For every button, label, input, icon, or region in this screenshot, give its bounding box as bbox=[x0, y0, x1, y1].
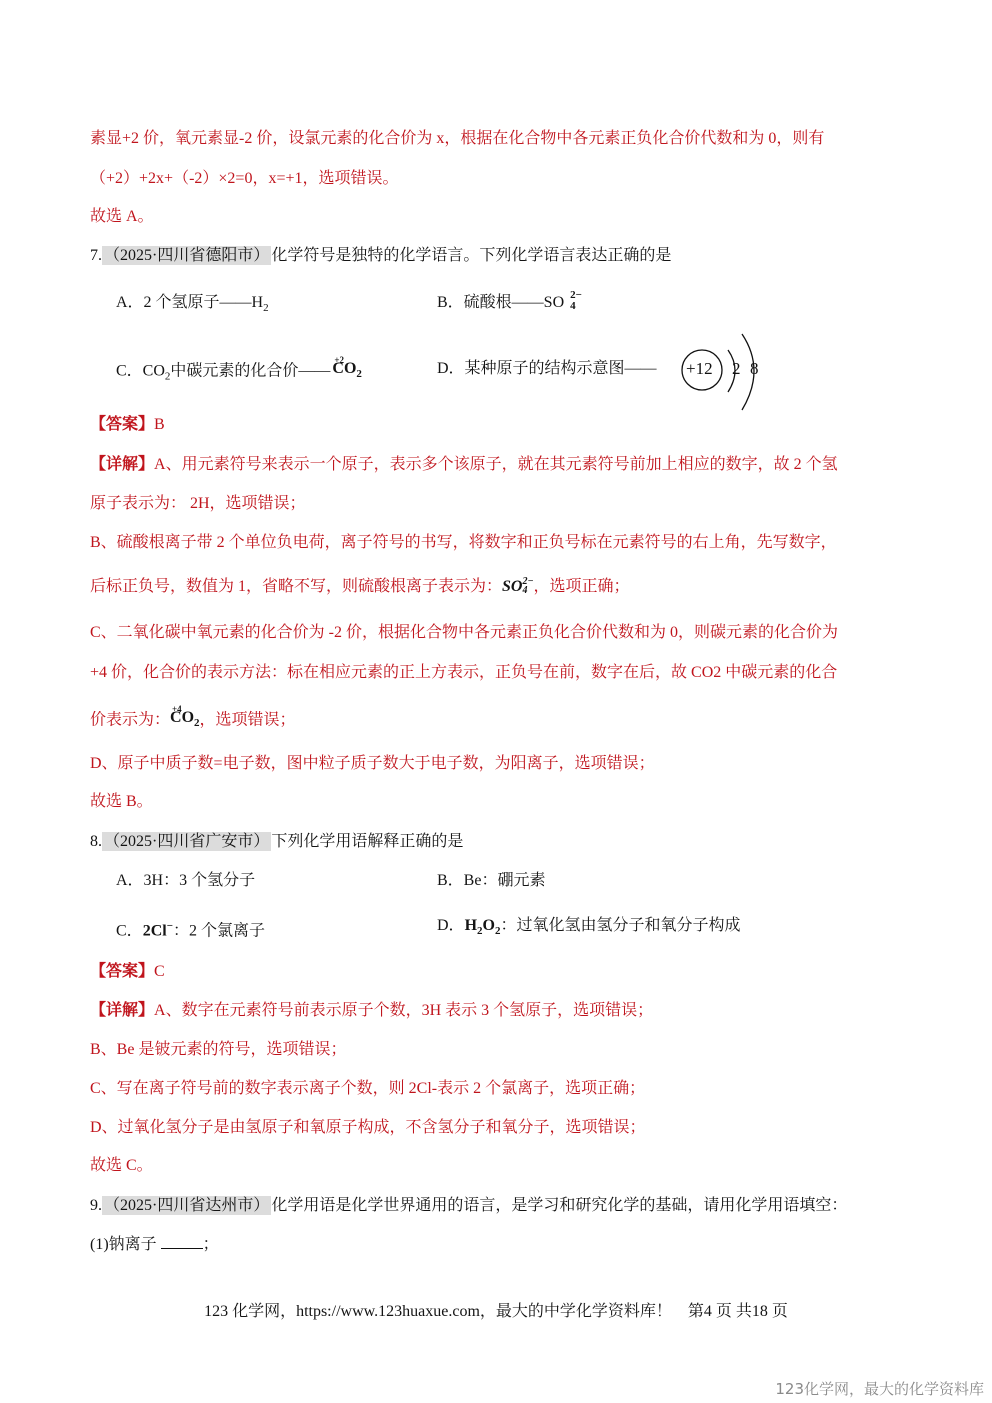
answer-tag: 【答案】 bbox=[90, 416, 154, 433]
question-text: 化学用语是化学世界通用的语言，是学习和研究化学的基础，请用化学用语填空： bbox=[271, 1197, 847, 1214]
shell-1-electrons: 2 bbox=[732, 359, 741, 379]
question-source-tag: （2025·四川省达州市） bbox=[102, 1196, 271, 1215]
question-text: 下列化学用语解释正确的是 bbox=[271, 833, 463, 850]
question-number: 9. bbox=[90, 1197, 102, 1214]
answer-line: 【答案】B bbox=[90, 414, 165, 436]
option-a: A．2 个氢原子——H2 bbox=[116, 292, 269, 319]
shell-2-electrons: 8 bbox=[750, 359, 759, 379]
question-number: 7. bbox=[90, 247, 102, 264]
question-7-stem: 7.（2025·四川省德阳市）化学符号是独特的化学语言。下列化学语言表达正确的是 bbox=[90, 245, 671, 267]
detail-text: 价表示为： bbox=[90, 711, 170, 728]
detail-line: 【详解】A、用元素符号来表示一个原子，表示多个该原子，就在其元素符号前加上相应的… bbox=[90, 454, 838, 476]
option-c: C．2Cl−：2 个氯离子 bbox=[116, 915, 265, 942]
valence-formula: +2CO2 bbox=[332, 358, 362, 385]
formula: 2Cl bbox=[143, 922, 167, 939]
valence-formula: +4CO2 bbox=[170, 707, 200, 734]
question-8-stem: 8.（2025·四川省广安市）下列化学用语解释正确的是 bbox=[90, 831, 463, 853]
option-a: A．3H：3 个氢分子 bbox=[116, 870, 255, 892]
conclusion-line: 故选 A。 bbox=[90, 206, 154, 228]
detail-line: 【详解】A、数字在元素符号前表示原子个数，3H 表示 3 个氢原子，选项错误； bbox=[90, 1000, 653, 1022]
answer-tag: 【答案】 bbox=[90, 963, 154, 980]
option-label: C． bbox=[116, 922, 143, 939]
option-d: D．H2O2：过氧化氢由氢分子和氧分子构成 bbox=[437, 915, 740, 942]
answer-blank[interactable] bbox=[161, 1234, 203, 1249]
valence-mark: +2 bbox=[334, 349, 344, 371]
option-d: D．某种原子的结构示意图—— bbox=[437, 358, 657, 380]
question-source-tag: （2025·四川省广安市） bbox=[102, 832, 271, 851]
subscript: 2 bbox=[194, 717, 200, 729]
detail-text: ，选项正确； bbox=[534, 578, 630, 595]
subscript: 2 bbox=[356, 368, 362, 380]
option-b: B．Be：硼元素 bbox=[437, 870, 545, 892]
answer-value: B bbox=[154, 416, 165, 433]
option-label: A．2 个氢原子——H bbox=[116, 294, 263, 311]
ion-charge-stack: 2−4 bbox=[522, 577, 533, 595]
atom-structure-diagram: +12 2 8 bbox=[676, 330, 786, 414]
detail-line: 价表示为：+4CO2，选项错误； bbox=[90, 707, 296, 734]
detail-line: B、硫酸根离子带 2 个单位负电荷，离子符号的书写，将数字和正负号标在元素符号的… bbox=[90, 532, 837, 554]
option-label: B．硫酸根——SO bbox=[437, 294, 564, 311]
question-source-tag: （2025·四川省德阳市） bbox=[102, 246, 271, 265]
detail-line: D、原子中质子数=电子数，图中粒子质子数大于电子数，为阳离子，选项错误； bbox=[90, 753, 655, 775]
detail-text: A、数字在元素符号前表示原子个数，3H 表示 3 个氢原子，选项错误； bbox=[154, 1002, 653, 1019]
question-number: 8. bbox=[90, 833, 102, 850]
option-label: D． bbox=[437, 917, 465, 934]
option-text: 中碳元素的化合价—— bbox=[170, 362, 330, 379]
explanation-line: 素显+2 价，氧元素显-2 价，设氯元素的化合价为 x，根据在化合物中各元素正负… bbox=[90, 128, 824, 150]
detail-tag: 【详解】 bbox=[90, 456, 154, 473]
sub-question-label: (1)钠离子 bbox=[90, 1236, 157, 1253]
detail-tag: 【详解】 bbox=[90, 1002, 154, 1019]
sub-question-1: (1)钠离子； bbox=[90, 1234, 219, 1256]
detail-line: 原子表示为： 2H，选项错误； bbox=[90, 493, 306, 515]
subscript: 4 bbox=[522, 586, 533, 595]
option-b: B．硫酸根——SO 2− 4 bbox=[437, 292, 582, 314]
option-text: ：2 个氯离子 bbox=[173, 922, 265, 939]
conclusion-line: 故选 C。 bbox=[90, 1155, 153, 1177]
option-c: C．CO2中碳元素的化合价——+2CO2 bbox=[116, 358, 362, 387]
answer-value: C bbox=[154, 963, 165, 980]
page-footer: 123 化学网，https://www.123huaxue.com，最大的中学化… bbox=[0, 1298, 992, 1321]
conclusion-line: 故选 B。 bbox=[90, 791, 153, 813]
detail-line: B、Be 是铍元素的符号，选项错误； bbox=[90, 1039, 346, 1061]
answer-line: 【答案】C bbox=[90, 961, 165, 983]
subscript: 2 bbox=[263, 302, 269, 314]
option-label: D．某种原子的结构示意图—— bbox=[437, 360, 657, 377]
detail-line: C、写在离子符号前的数字表示离子个数，则 2Cl-表示 2 个氯离子，选项正确； bbox=[90, 1078, 645, 1100]
valence-mark: +4 bbox=[172, 698, 182, 720]
page-number: 第4 页 共18 页 bbox=[688, 1303, 788, 1320]
detail-line: C、二氧化碳中氧元素的化合价为 -2 价，根据化合物中各元素正负化合价代数和为 … bbox=[90, 622, 838, 644]
nucleus-charge: +12 bbox=[686, 359, 713, 379]
watermark: 123化学网，最大的化学资料库 bbox=[775, 1378, 984, 1399]
option-text: ：过氧化氢由氢分子和氧分子构成 bbox=[500, 917, 740, 934]
detail-text: 后标正负号，数值为 1，省略不写，则硫酸根离子表示为： bbox=[90, 578, 502, 595]
option-label: C．CO bbox=[116, 362, 165, 379]
explanation-line: （+2）+2x+（-2）×2=0，x=+1，选项错误。 bbox=[90, 168, 399, 190]
detail-text: ，选项错误； bbox=[200, 711, 296, 728]
question-text: 化学符号是独特的化学语言。下列化学语言表达正确的是 bbox=[271, 247, 671, 264]
detail-line: +4 价，化合价的表示方法：标在相应元素的正上方表示，正负号在前，数字在后，故 … bbox=[90, 662, 837, 684]
detail-text: A、用元素符号来表示一个原子，表示多个该原子，就在其元素符号前加上相应的数字，故… bbox=[154, 456, 838, 473]
question-9-stem: 9.（2025·四川省达州市）化学用语是化学世界通用的语言，是学习和研究化学的基… bbox=[90, 1195, 847, 1217]
subscript: 4 bbox=[570, 301, 582, 312]
ion-charge-stack: 2− 4 bbox=[570, 290, 582, 312]
detail-line: D、过氧化氢分子是由氢原子和氧原子构成，不含氢分子和氧分子，选项错误； bbox=[90, 1117, 646, 1139]
formula: SO bbox=[502, 578, 522, 595]
detail-line: 后标正负号，数值为 1，省略不写，则硫酸根离子表示为：SO2−4，选项正确； bbox=[90, 576, 630, 598]
footer-text: 123 化学网，https://www.123huaxue.com，最大的中学化… bbox=[204, 1303, 672, 1320]
punctuation: ； bbox=[203, 1236, 219, 1253]
formula: O bbox=[483, 917, 495, 934]
formula: H bbox=[465, 917, 477, 934]
